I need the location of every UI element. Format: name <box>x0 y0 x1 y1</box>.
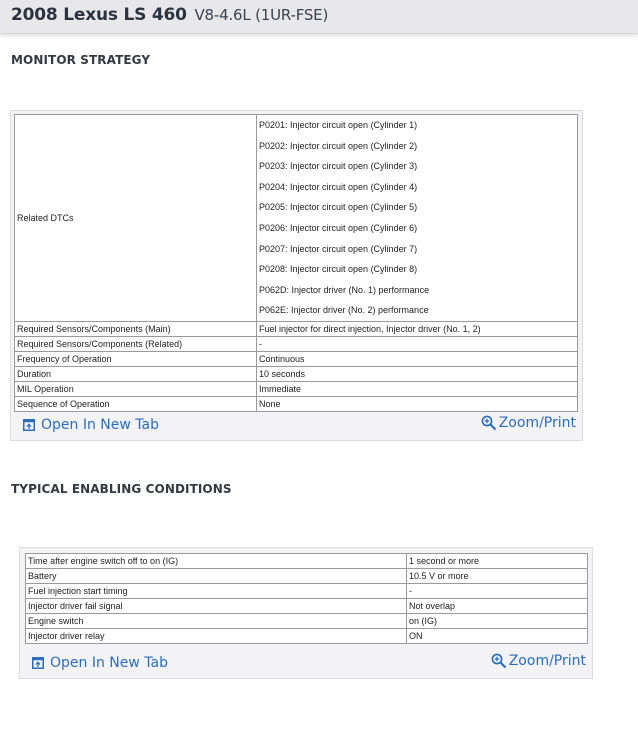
monitor-strategy-panel: Related DTCs P0201: Injector circuit ope… <box>10 110 583 441</box>
dtc-item: P0205: Injector circuit open (Cylinder 5… <box>259 197 575 218</box>
open-in-new-tab-link[interactable]: Open In New Tab <box>32 655 168 671</box>
table-row: Injector driver fail signalNot overlap <box>26 599 588 614</box>
row-key: Frequency of Operation <box>15 351 257 366</box>
table-row-related-dtcs: Related DTCs P0201: Injector circuit ope… <box>15 115 578 322</box>
row-key: Required Sensors/Components (Related) <box>15 336 257 351</box>
dtc-item: P0201: Injector circuit open (Cylinder 1… <box>259 115 575 136</box>
row-value: - <box>407 584 588 599</box>
dtc-item: P062D: Injector driver (No. 1) performan… <box>259 280 575 301</box>
row-value: Continuous <box>257 351 578 366</box>
table-row: Fuel injection start timing- <box>26 584 588 599</box>
row-key: Engine switch <box>26 614 407 629</box>
row-value: Immediate <box>257 381 578 396</box>
dtc-item: P062E: Injector driver (No. 2) performan… <box>259 300 575 321</box>
dtc-item: P0208: Injector circuit open (Cylinder 8… <box>259 259 575 280</box>
row-key: Injector driver relay <box>26 629 407 644</box>
row-key: Time after engine switch off to on (IG) <box>26 554 407 569</box>
table-row: Battery10.5 V or more <box>26 569 588 584</box>
row-key: Duration <box>15 366 257 381</box>
row-value: Fuel injector for direct injection, Inje… <box>257 321 578 336</box>
row-value: None <box>257 396 578 411</box>
engine-spec: V8-4.6L (1UR-FSE) <box>195 6 329 24</box>
zoom-print-label: Zoom/Print <box>509 653 586 669</box>
table-row: Required Sensors/Components (Related)- <box>15 336 578 351</box>
table-row: Engine switchon (IG) <box>26 614 588 629</box>
vehicle-title: 2008 Lexus LS 460 V8-4.6L (1UR-FSE) <box>11 5 328 25</box>
table-row: Required Sensors/Components (Main)Fuel i… <box>15 321 578 336</box>
open-in-new-tab-icon <box>32 657 44 669</box>
zoom-print-label: Zoom/Print <box>499 415 576 431</box>
table-row: Time after engine switch off to on (IG)1… <box>26 554 588 569</box>
dtc-item: P0207: Injector circuit open (Cylinder 7… <box>259 239 575 260</box>
table-row: Duration10 seconds <box>15 366 578 381</box>
dtc-item: P0206: Injector circuit open (Cylinder 6… <box>259 218 575 239</box>
row-value: Not overlap <box>407 599 588 614</box>
open-in-new-tab-link[interactable]: Open In New Tab <box>23 417 159 433</box>
table-row: Injector driver relayON <box>26 629 588 644</box>
vehicle-header: 2008 Lexus LS 460 V8-4.6L (1UR-FSE) <box>0 0 638 34</box>
row-value: 10 seconds <box>257 366 578 381</box>
related-dtcs-list: P0201: Injector circuit open (Cylinder 1… <box>257 115 578 322</box>
monitor-strategy-table: Related DTCs P0201: Injector circuit ope… <box>14 114 578 412</box>
row-value: 1 second or more <box>407 554 588 569</box>
row-value: - <box>257 336 578 351</box>
enabling-conditions-panel: Time after engine switch off to on (IG)1… <box>19 547 593 679</box>
row-value: on (IG) <box>407 614 588 629</box>
related-dtcs-label: Related DTCs <box>15 115 257 322</box>
vehicle-name: 2008 Lexus LS 460 <box>11 5 187 25</box>
enabling-conditions-table: Time after engine switch off to on (IG)1… <box>25 553 588 644</box>
row-value: 10.5 V or more <box>407 569 588 584</box>
table-row: Sequence of OperationNone <box>15 396 578 411</box>
row-key: Sequence of Operation <box>15 396 257 411</box>
zoom-in-magnifier-icon <box>481 415 497 431</box>
row-key: Battery <box>26 569 407 584</box>
row-value: ON <box>407 629 588 644</box>
row-key: MIL Operation <box>15 381 257 396</box>
table-row: MIL OperationImmediate <box>15 381 578 396</box>
zoom-in-magnifier-icon <box>491 653 507 669</box>
row-key: Injector driver fail signal <box>26 599 407 614</box>
open-in-new-tab-label: Open In New Tab <box>50 655 168 671</box>
zoom-print-link[interactable]: Zoom/Print <box>491 653 586 669</box>
open-in-new-tab-icon <box>23 419 35 431</box>
monitor-strategy-heading: MONITOR STRATEGY <box>11 53 150 67</box>
row-key: Required Sensors/Components (Main) <box>15 321 257 336</box>
dtc-item: P0203: Injector circuit open (Cylinder 3… <box>259 156 575 177</box>
table-row: Frequency of OperationContinuous <box>15 351 578 366</box>
zoom-print-link[interactable]: Zoom/Print <box>481 415 576 431</box>
dtc-item: P0202: Injector circuit open (Cylinder 2… <box>259 136 575 157</box>
dtc-item: P0204: Injector circuit open (Cylinder 4… <box>259 177 575 198</box>
row-key: Fuel injection start timing <box>26 584 407 599</box>
enabling-conditions-heading: TYPICAL ENABLING CONDITIONS <box>11 482 232 496</box>
open-in-new-tab-label: Open In New Tab <box>41 417 159 433</box>
